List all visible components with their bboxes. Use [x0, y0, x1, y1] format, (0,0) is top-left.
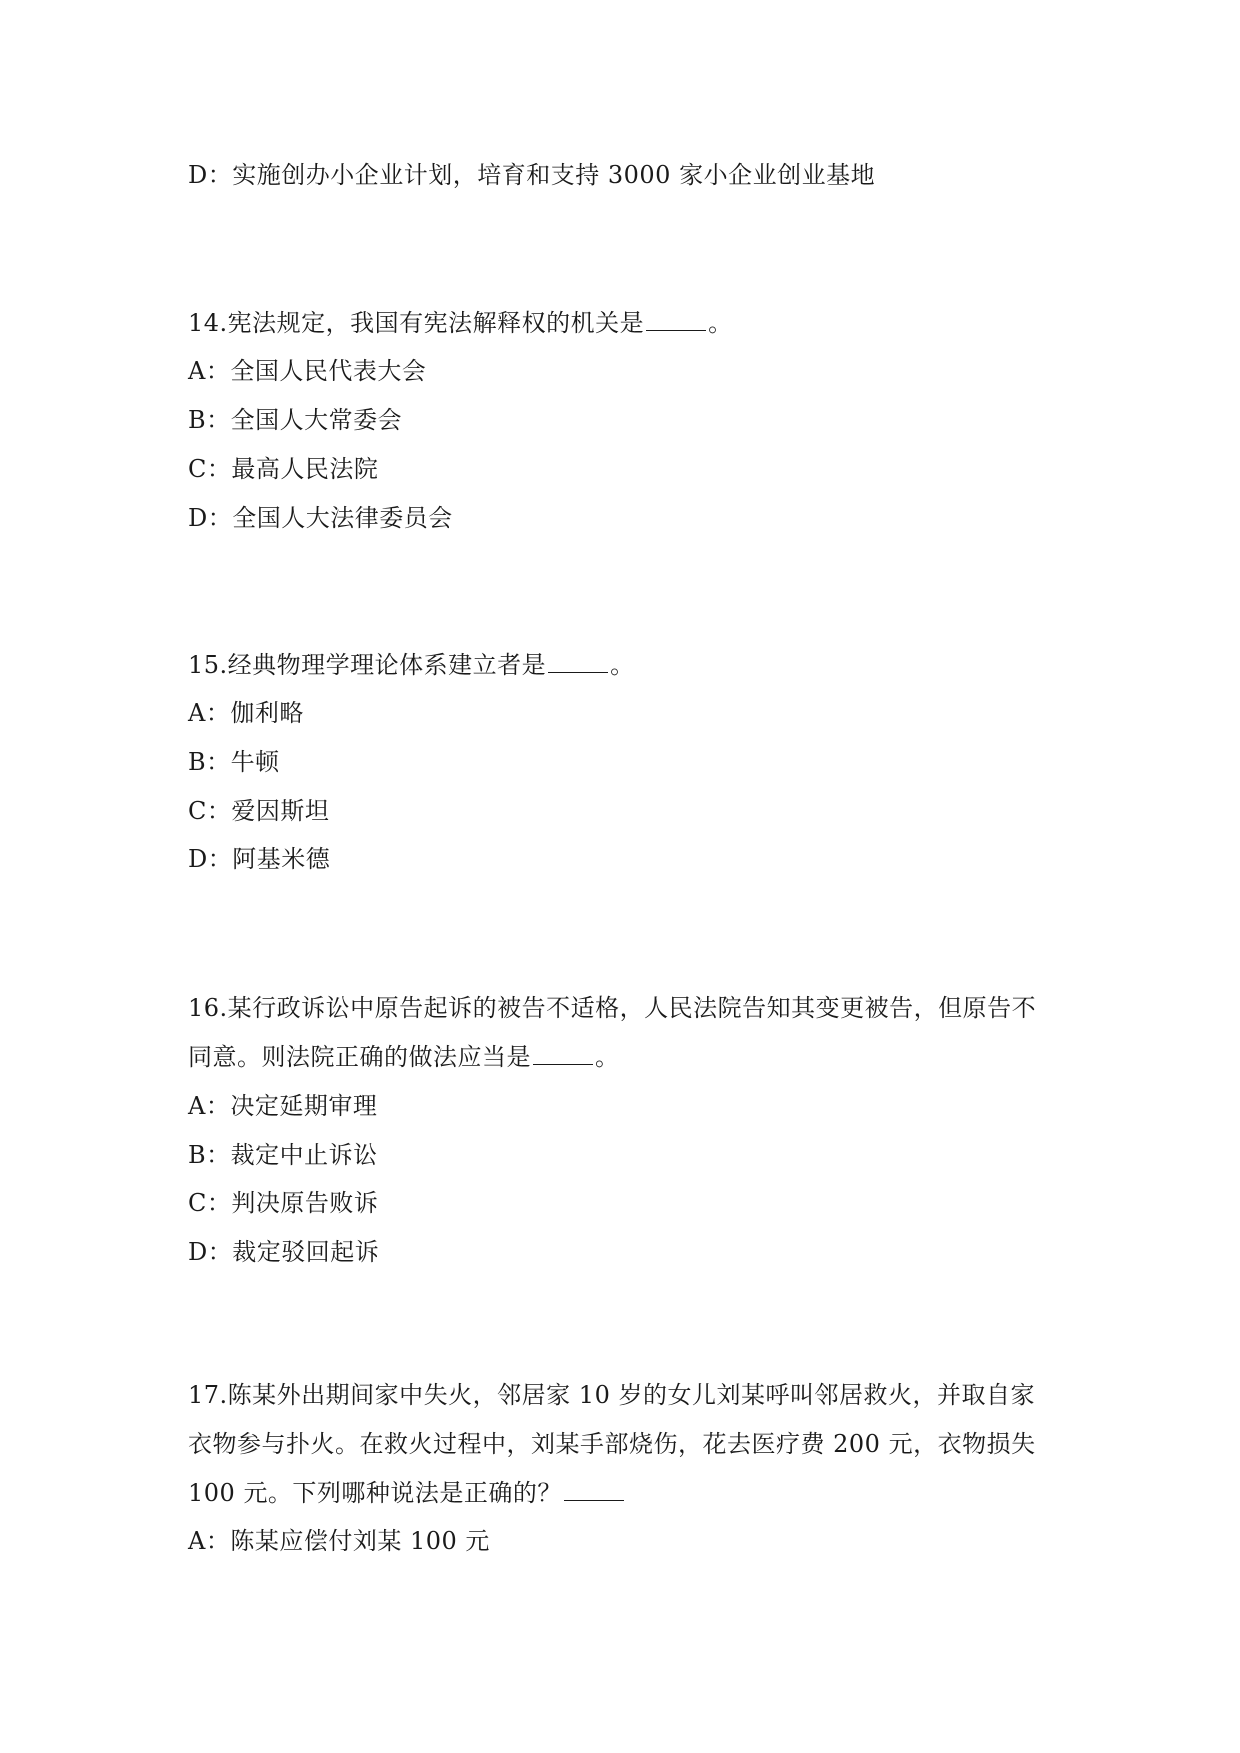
question-17-option-a: A：陈某应偿付刘某 100 元 — [188, 1526, 1058, 1556]
stem-suffix: 。 — [595, 1043, 620, 1071]
stem-suffix: 。 — [708, 309, 733, 337]
question-14-option-c: C：最高人民法院 — [188, 454, 1058, 484]
question-16-option-d: D：裁定驳回起诉 — [188, 1237, 1058, 1267]
question-16-option-b: B：裁定中止诉讼 — [188, 1140, 1058, 1170]
question-16-stem-line-1: 16.某行政诉讼中原告起诉的被告不适格，人民法院告知其变更被告，但原告不 — [188, 993, 1058, 1023]
question-text: 陈某外出期间家中失火，邻居家 10 岁的女儿刘某呼叫邻居救火，并取自家 — [228, 1381, 1035, 1409]
answer-blank — [564, 1478, 624, 1501]
question-17-stem-line-1: 17.陈某外出期间家中失火，邻居家 10 岁的女儿刘某呼叫邻居救火，并取自家 — [188, 1380, 1058, 1410]
question-text: 同意。则法院正确的做法应当是 — [188, 1043, 531, 1071]
question-15-stem: 15.经典物理学理论体系建立者是。 — [188, 650, 1058, 680]
question-text: 经典物理学理论体系建立者是 — [228, 651, 547, 679]
exam-page: D：实施创办小企业计划，培育和支持 3000 家小企业创业基地 14.宪法规定，… — [0, 0, 1240, 1753]
question-number: 15. — [188, 651, 228, 679]
question-15-option-c: C：爱因斯坦 — [188, 796, 1058, 826]
question-14-stem: 14.宪法规定，我国有宪法解释权的机关是。 — [188, 308, 1058, 338]
question-number: 17. — [188, 1381, 228, 1409]
question-text: 衣物参与扑火。在救火过程中，刘某手部烧伤，花去医疗费 200 元，衣物损失 — [188, 1430, 1036, 1458]
answer-blank — [533, 1042, 593, 1065]
question-17-stem-line-2: 衣物参与扑火。在救火过程中，刘某手部烧伤，花去医疗费 200 元，衣物损失 — [188, 1429, 1058, 1459]
question-14-option-a: A：全国人民代表大会 — [188, 356, 1058, 386]
question-14-option-d: D：全国人大法律委员会 — [188, 503, 1058, 533]
question-15-option-d: D：阿基米德 — [188, 844, 1058, 874]
answer-blank — [646, 308, 706, 331]
question-16-option-c: C：判决原告败诉 — [188, 1188, 1058, 1218]
prev-question-option-d: D：实施创办小企业计划，培育和支持 3000 家小企业创业基地 — [188, 160, 1058, 190]
question-16-option-a: A：决定延期审理 — [188, 1091, 1058, 1121]
question-text: 宪法规定，我国有宪法解释权的机关是 — [228, 309, 645, 337]
question-16-stem-line-2: 同意。则法院正确的做法应当是。 — [188, 1042, 1058, 1072]
answer-blank — [548, 650, 608, 673]
question-17-stem-line-3: 100 元。下列哪种说法是正确的？ — [188, 1478, 1058, 1508]
question-text: 某行政诉讼中原告起诉的被告不适格，人民法院告知其变更被告，但原告不 — [228, 994, 1037, 1022]
question-14-option-b: B：全国人大常委会 — [188, 405, 1058, 435]
question-15-option-b: B：牛顿 — [188, 747, 1058, 777]
stem-suffix: 。 — [610, 651, 635, 679]
question-number: 16. — [188, 994, 228, 1022]
question-text: 100 元。下列哪种说法是正确的？ — [188, 1479, 562, 1507]
question-number: 14. — [188, 309, 228, 337]
question-15-option-a: A：伽利略 — [188, 698, 1058, 728]
